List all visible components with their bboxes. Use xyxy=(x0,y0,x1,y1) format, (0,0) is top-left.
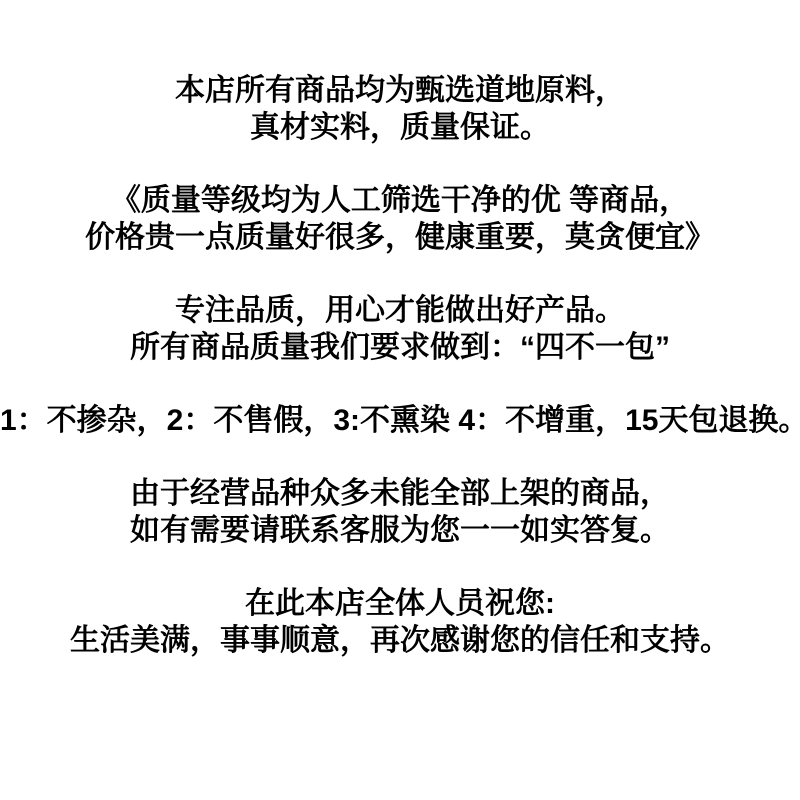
notice-paragraph-quality-grade: 《质量等级均为人工筛选干净的优 等商品， 价格贵一点质量好很多，健康重要，莫贪便… xyxy=(0,182,800,256)
notice-line: 价格贵一点质量好很多，健康重要，莫贪便宜》 xyxy=(0,219,800,256)
notice-paragraph-commitment: 专注品质，用心才能做出好产品。 所有商品质量我们要求做到：“四不一包” xyxy=(0,292,800,366)
notice-line: 如有需要请联系客服为您一一如实答复。 xyxy=(0,512,800,549)
notice-paragraph-four-nos: 1：不掺杂，2：不售假，3:不熏染 4：不增重，15天包退换。 xyxy=(0,402,800,439)
notice-line: 由于经营品种众多未能全部上架的商品， xyxy=(0,475,800,512)
notice-line: 1：不掺杂，2：不售假，3:不熏染 4：不增重，15天包退换。 xyxy=(0,402,800,439)
notice-paragraph-contact-service: 由于经营品种众多未能全部上架的商品， 如有需要请联系客服为您一一如实答复。 xyxy=(0,475,800,549)
notice-paragraph-blessing: 在此本店全体人员祝您: 生活美满，事事顺意，再次感谢您的信任和支持。 xyxy=(0,585,800,659)
notice-line: 专注品质，用心才能做出好产品。 xyxy=(0,292,800,329)
notice-line: 《质量等级均为人工筛选干净的优 等商品， xyxy=(0,182,800,219)
notice-paragraph-materials: 本店所有商品均为甄选道地原料， 真材实料，质量保证。 xyxy=(0,72,800,146)
notice-line: 本店所有商品均为甄选道地原料， xyxy=(0,72,800,109)
notice-line: 真材实料，质量保证。 xyxy=(0,109,800,146)
notice-line: 所有商品质量我们要求做到：“四不一包” xyxy=(0,329,800,366)
notice-line: 在此本店全体人员祝您: xyxy=(0,585,800,622)
store-notice-page: 本店所有商品均为甄选道地原料， 真材实料，质量保证。 《质量等级均为人工筛选干净… xyxy=(0,0,800,800)
notice-line: 生活美满，事事顺意，再次感谢您的信任和支持。 xyxy=(0,622,800,659)
